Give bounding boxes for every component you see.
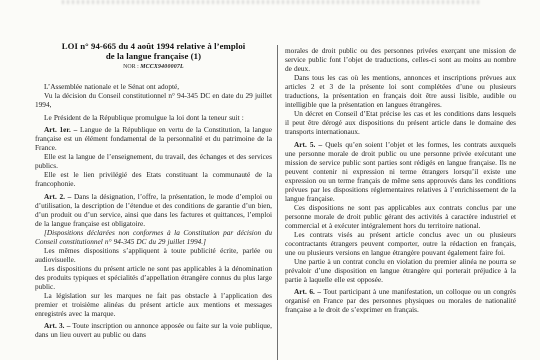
left-column: L’Assemblée nationale et le Sénat ont ad… [35,82,272,339]
paragraph-article-2: Art. 2. – Dans la désignation, l’offre, … [35,192,272,228]
paragraph-text: Les mêmes dispositions s’appliquent à to… [35,246,272,264]
paragraph-text: Une partie à un contrat conclu en violat… [285,257,516,284]
paragraph-text: Le Président de la République promulgue … [44,113,244,122]
paragraph-article-5: Art. 5. – Quels qu’en soient l’objet et … [285,140,516,203]
paragraph-continuation: morales de droit public ou des personnes… [285,46,516,73]
article-number: Art. 1er. – [44,125,77,134]
paragraph: L’Assemblée nationale et le Sénat ont ad… [35,82,272,91]
article-number: Art. 2. – [44,192,71,201]
scanned-law-page: LOI n° 94-665 du 4 août 1994 relative à … [0,0,540,360]
paragraph-text: Dans tous les cas où les mentions, annon… [285,73,516,109]
nor-line: NOR : MCCX9400007L [35,64,272,70]
paragraph-text: morales de droit public ou des personnes… [285,46,516,73]
paragraph-text: La législation sur les marques ne fait p… [35,291,272,318]
law-title-block: LOI n° 94-665 du 4 août 1994 relative à … [35,42,272,70]
column-divider-rule [277,45,278,360]
paragraph: Une partie à un contrat conclu en violat… [285,257,516,284]
paragraph: La législation sur les marques ne fait p… [35,291,272,318]
paragraph-text: Les dispositions du présent article ne s… [35,264,272,291]
paragraph-text: [Dispositions déclarées non conformes à … [35,228,272,246]
nor-label: NOR : [123,64,139,70]
paragraph-text: Les contrats visés au présent article co… [285,230,516,257]
paragraph-text: Elle est le lien privilégié des Etats co… [35,170,272,188]
paragraph: Un décret en Conseil d’Etat précise les … [285,109,516,136]
page-top-scan-artifact [62,0,482,4]
paragraph-text: Elle est la langue de l’enseignement, du… [35,152,272,170]
paragraph-text: Dans la désignation, l’offre, la présent… [35,192,272,228]
right-column: morales de droit public ou des personnes… [285,46,516,314]
paragraph: Les contrats visés au présent article co… [285,230,516,257]
article-number: Art. 5. – [294,140,322,149]
paragraph-constitutional-note: [Dispositions déclarées non conformes à … [35,228,272,246]
paragraph-article-3: Art. 3. – Toute inscription ou annonce a… [35,321,272,339]
paragraph: Les dispositions du présent article ne s… [35,264,272,291]
paragraph-text: Vu la décision du Conseil constitutionne… [35,91,272,109]
paragraph: Dans tous les cas où les mentions, annon… [285,73,516,109]
paragraph-text: Quels qu’en soient l’objet et les formes… [285,140,516,203]
paragraph-text: Un décret en Conseil d’Etat précise les … [285,109,516,136]
article-number: Art. 6. – [294,287,321,296]
paragraph: Les mêmes dispositions s’appliquent à to… [35,246,272,264]
paragraph: Elle est le lien privilégié des Etats co… [35,170,272,188]
paragraph: Elle est la langue de l’enseignement, du… [35,152,272,170]
paragraph-article-6: Art. 6. – Tout participant à une manifes… [285,287,516,314]
nor-value: MCCX9400007L [140,64,184,70]
paragraph-text: Ces dispositions ne sont pas applicables… [285,203,516,230]
paragraph: Vu la décision du Conseil constitutionne… [35,91,272,109]
paragraph-text: Toute inscription ou annonce apposée ou … [35,321,272,339]
paragraph-article-1: Art. 1er. – Langue de la République en v… [35,125,272,152]
paragraph: Ces dispositions ne sont pas applicables… [285,203,516,230]
law-title-line2: de la langue française (1) [35,52,272,62]
paragraph: Le Président de la République promulgue … [35,113,272,122]
article-number: Art. 3. – [44,321,70,330]
paragraph-text: L’Assemblée nationale et le Sénat ont ad… [44,82,179,91]
